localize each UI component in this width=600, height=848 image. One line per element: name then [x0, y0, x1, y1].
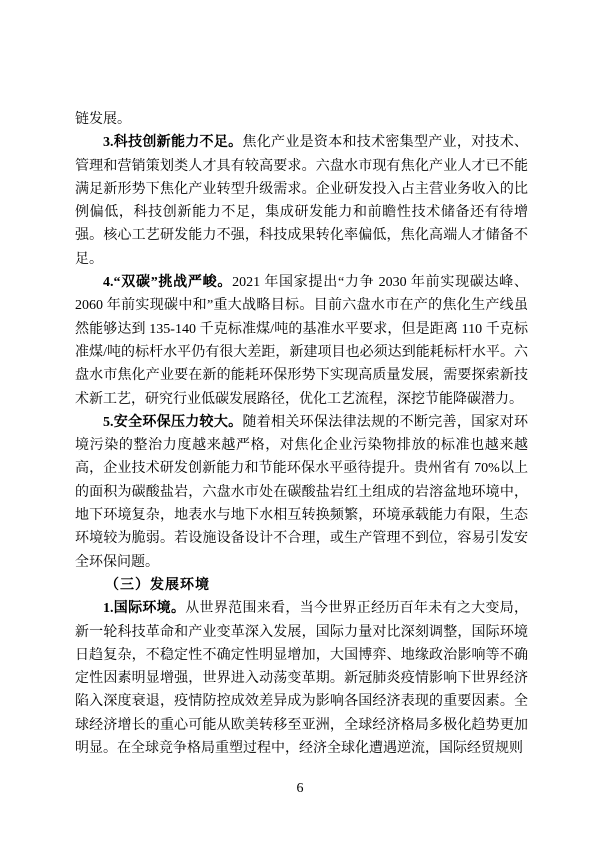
paragraph-5-lead: 5.安全环保压力较大。 — [103, 415, 242, 430]
page-number: 6 — [0, 780, 600, 798]
paragraph-5-text: 随着相关环保法律法规的不断完善，国家对环境污染的整治力度越来越严格，对焦化企业污… — [75, 415, 528, 570]
section-heading: （三）发展环境 — [75, 574, 528, 597]
document-page: 链发展。 3.科技创新能力不足。焦化产业是资本和技术密集型产业，对技术、管理和营… — [0, 0, 600, 848]
paragraph-3: 3.科技创新能力不足。焦化产业是资本和技术密集型产业，对技术、管理和营销策划类人… — [75, 131, 528, 271]
paragraph-4-text: 2021 年国家提出“力争 2030 年前实现碳达峰、2060 年前实现碳中和”… — [75, 275, 528, 406]
document-body: 链发展。 3.科技创新能力不足。焦化产业是资本和技术密集型产业，对技术、管理和营… — [75, 108, 528, 760]
paragraph-1-lead: 1.国际环境。 — [103, 601, 185, 616]
paragraph-4: 4.“双碳”挑战严峻。2021 年国家提出“力争 2030 年前实现碳达峰、20… — [75, 271, 528, 411]
paragraph-4-lead: 4.“双碳”挑战严峻。 — [103, 275, 232, 290]
paragraph-1-text: 从世界范围来看，当今世界正经历百年未有之大变局，新一轮科技革命和产业变革深入发展… — [75, 601, 528, 756]
paragraph-continuation: 链发展。 — [75, 108, 528, 131]
paragraph-3-text: 焦化产业是资本和技术密集型产业，对技术、管理和营销策划类人才具有较高要求。六盘水… — [75, 135, 528, 266]
paragraph-3-lead: 3.科技创新能力不足。 — [103, 135, 242, 150]
paragraph-5: 5.安全环保压力较大。随着相关环保法律法规的不断完善，国家对环境污染的整治力度越… — [75, 411, 528, 574]
paragraph-1-international: 1.国际环境。从世界范围来看，当今世界正经历百年未有之大变局，新一轮科技革命和产… — [75, 597, 528, 760]
